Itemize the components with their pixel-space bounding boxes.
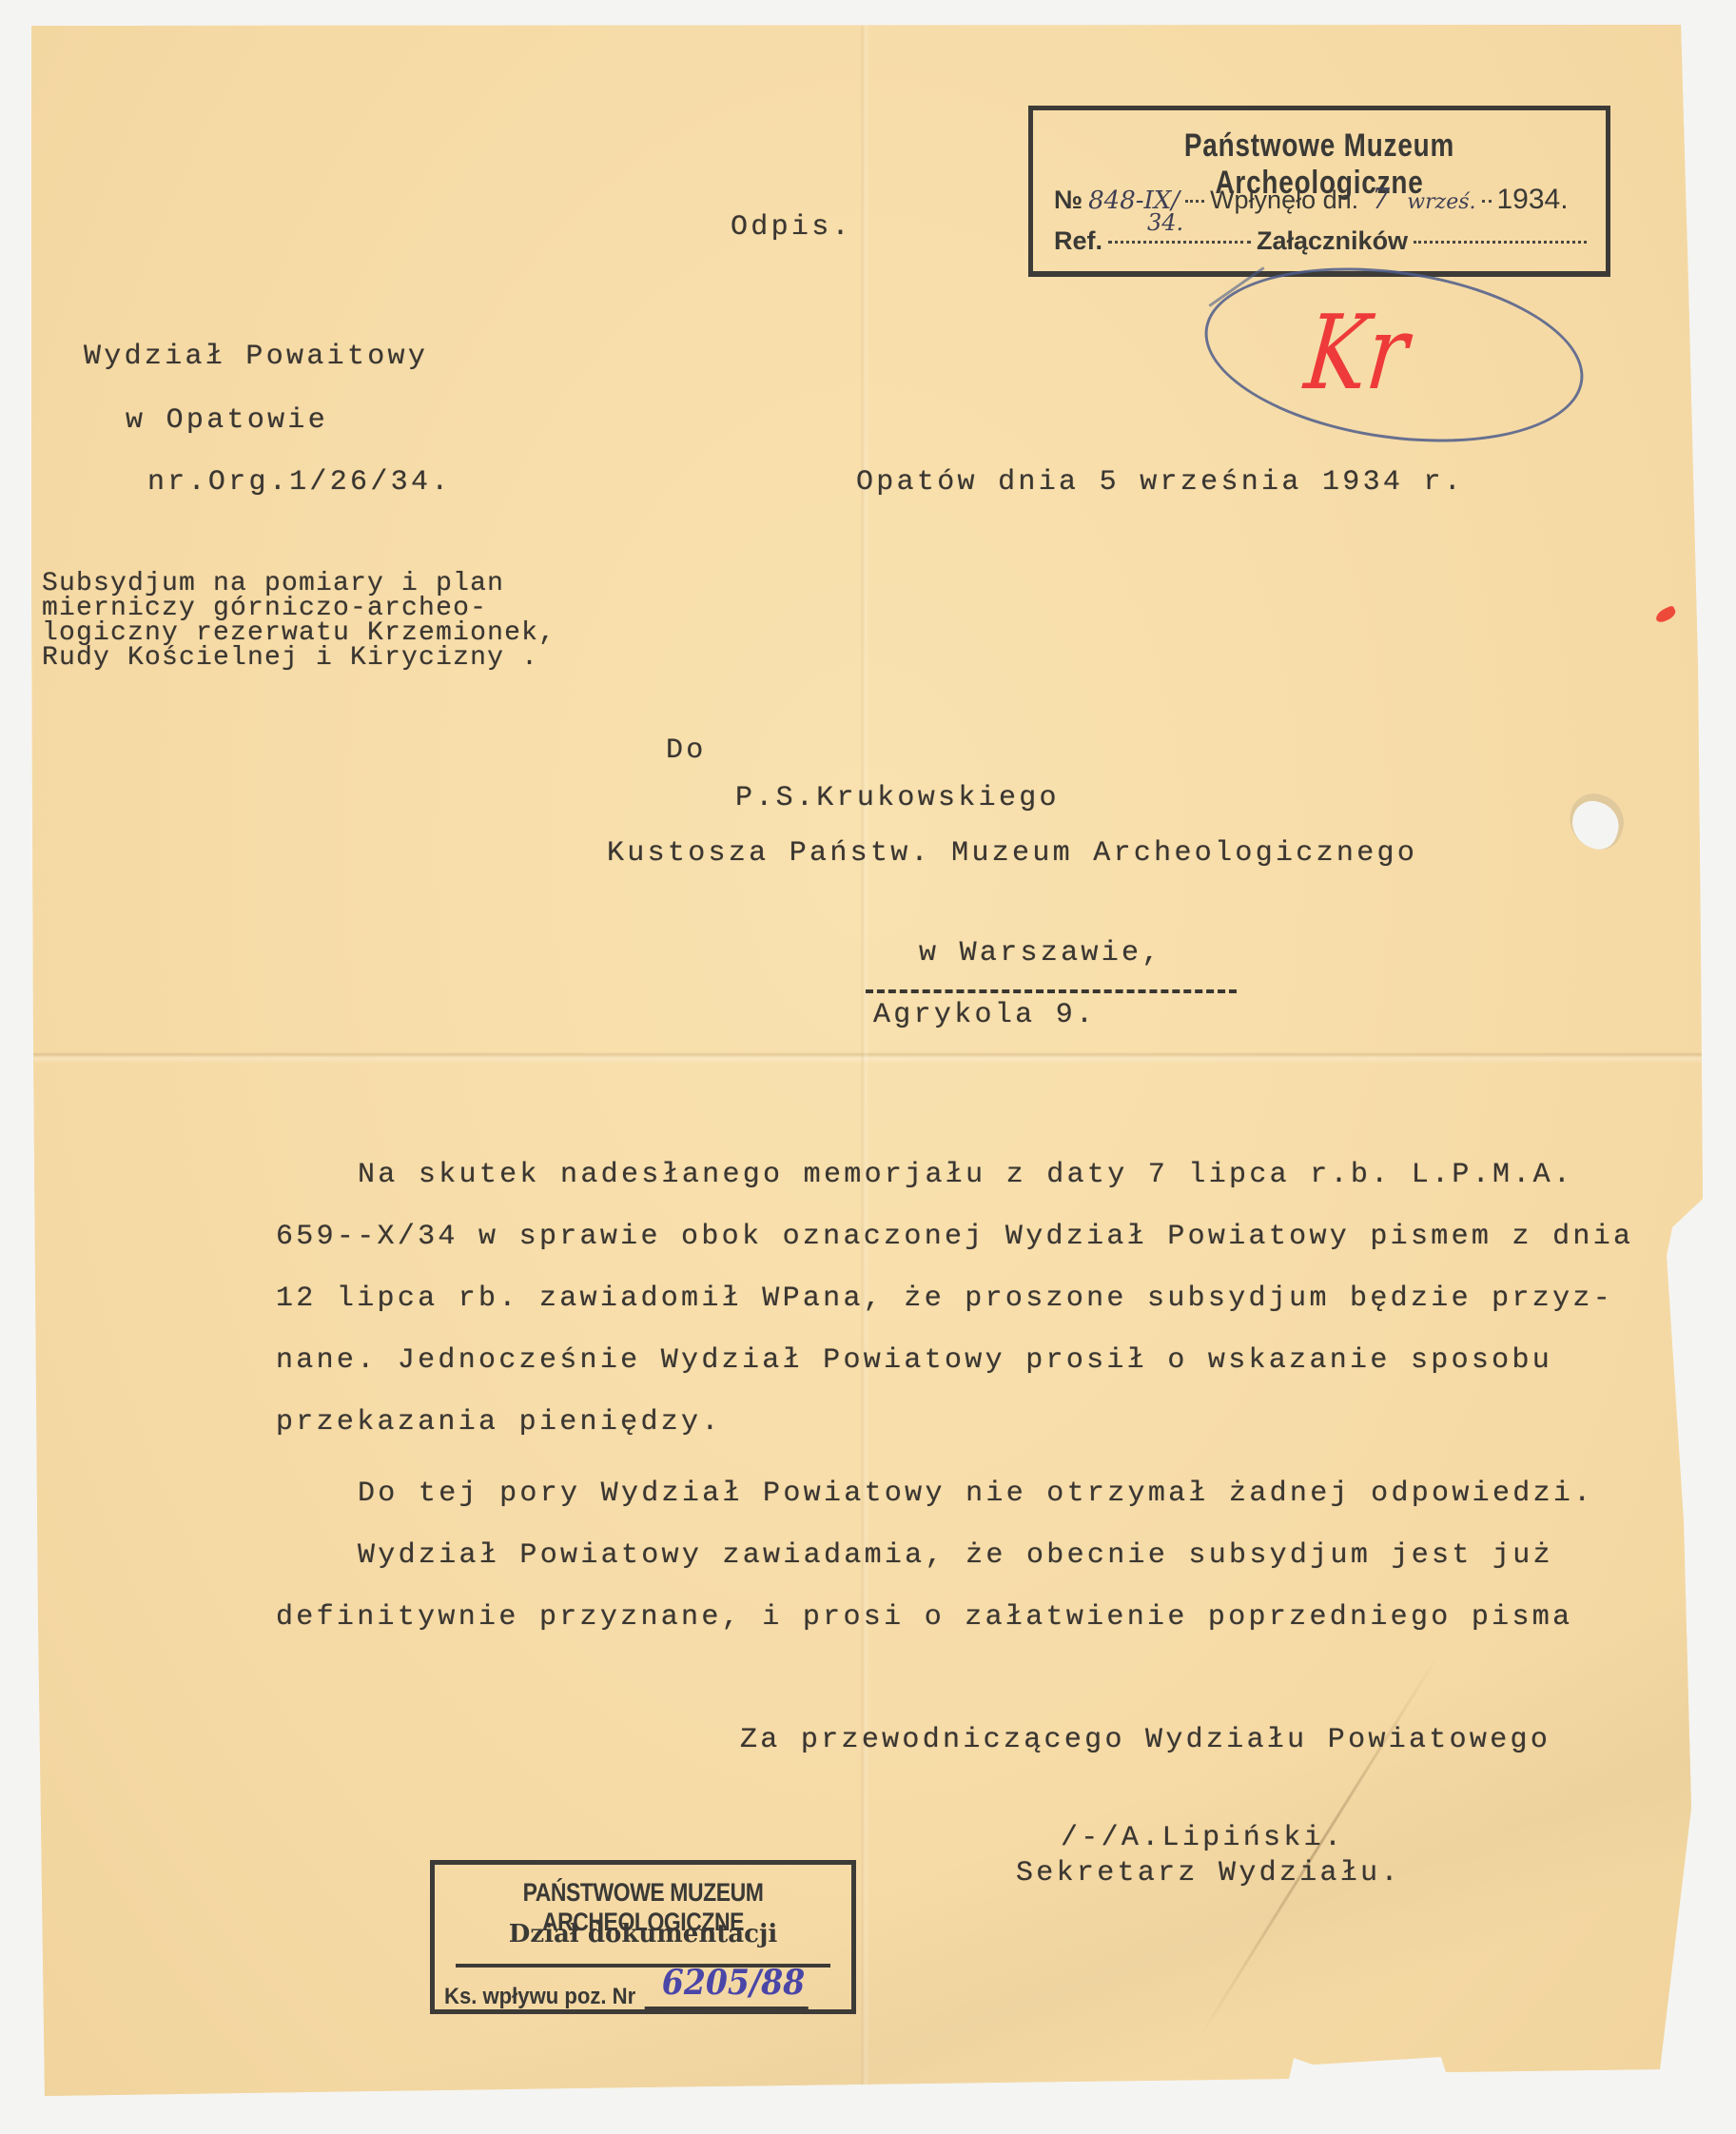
ref-label: Ref. xyxy=(1054,226,1102,256)
recipient-title: Kustosza Państw. Muzeum Archeologicznego xyxy=(607,837,1417,870)
place-date: Opatów dnia 5 września 1934 r. xyxy=(856,466,1464,499)
signature: /-/A.Lipiński. xyxy=(1061,1822,1344,1854)
subject-line-4: Rudy Kościelnej i Kirycizny . xyxy=(42,646,538,671)
signatory-title: Sekretarz Wydziału. xyxy=(1016,1857,1401,1889)
recipient-name: P.S.Krukowskiego xyxy=(735,782,1060,814)
body-line-7: Wydział Powiatowy zawiadamia, że obecnie… xyxy=(358,1539,1553,1572)
recipient-city: w Warszawie, xyxy=(919,937,1162,969)
address-underline xyxy=(866,989,1237,993)
documentation-stamp: PAŃSTWOWE MUZEUM ARCHEOLOGICZNE Dział do… xyxy=(430,1860,856,2014)
attachments-label: Załączników xyxy=(1257,226,1408,256)
body-line-4: nane. Jednocześnie Wydział Powiatowy pro… xyxy=(276,1344,1552,1377)
sender-line-1: Wydział Powaitowy xyxy=(84,341,428,373)
documentation-entry-row: Ks. wpływu poz. Nr 6205/88 xyxy=(444,1972,809,2010)
entry-field: 6205/88 xyxy=(644,1972,808,2010)
body-line-2: 659--X/34 w sprawie obok oznaczonej Wydz… xyxy=(276,1221,1633,1253)
body-line-1: Na skutek nadesłanego memorjału z daty 7… xyxy=(358,1159,1573,1191)
received-stamp: Państwowe Muzeum Archeologiczne № 848-IX… xyxy=(1028,106,1610,277)
entry-value: 6205/88 xyxy=(662,1963,805,2003)
documentation-stamp-subtitle: Dział dokumentacji xyxy=(435,1920,851,1948)
body-line-6: Do tej pory Wydział Powiatowy nie otrzym… xyxy=(358,1478,1593,1510)
recipient-street: Agrykola 9. xyxy=(873,999,1096,1031)
received-month: wrześ. xyxy=(1407,190,1475,214)
received-stamp-number-row: № 848-IX/ Wpłynęło dn. 7 wrześ. 1934. xyxy=(1054,183,1592,216)
copy-label: Odpis. xyxy=(731,211,852,244)
recipient-to: Do xyxy=(666,734,707,767)
number-label: № xyxy=(1054,186,1083,215)
received-stamp-ref-row: Ref. Załączników xyxy=(1054,226,1592,256)
received-label: Wpłynęło dn. xyxy=(1210,186,1358,215)
sender-reference: nr.Org.1/26/34. xyxy=(147,466,452,499)
received-day: 7 xyxy=(1372,183,1390,216)
body-line-5: przekazania pieniędzy. xyxy=(276,1406,722,1439)
body-line-8: definitywnie przyznane, i prosi o załatw… xyxy=(276,1601,1572,1634)
body-line-3: 12 lipca rb. zawiadomił WPana, że proszo… xyxy=(276,1282,1613,1315)
received-year: 1934. xyxy=(1497,184,1569,216)
red-initials-annotation: Kr xyxy=(1301,303,1413,405)
closing-line: Za przewodniczącego Wydziału Powiatowego xyxy=(740,1724,1551,1756)
sender-line-2: w Opatowie xyxy=(126,404,328,437)
entry-label: Ks. wpływu poz. Nr xyxy=(444,1984,635,2010)
